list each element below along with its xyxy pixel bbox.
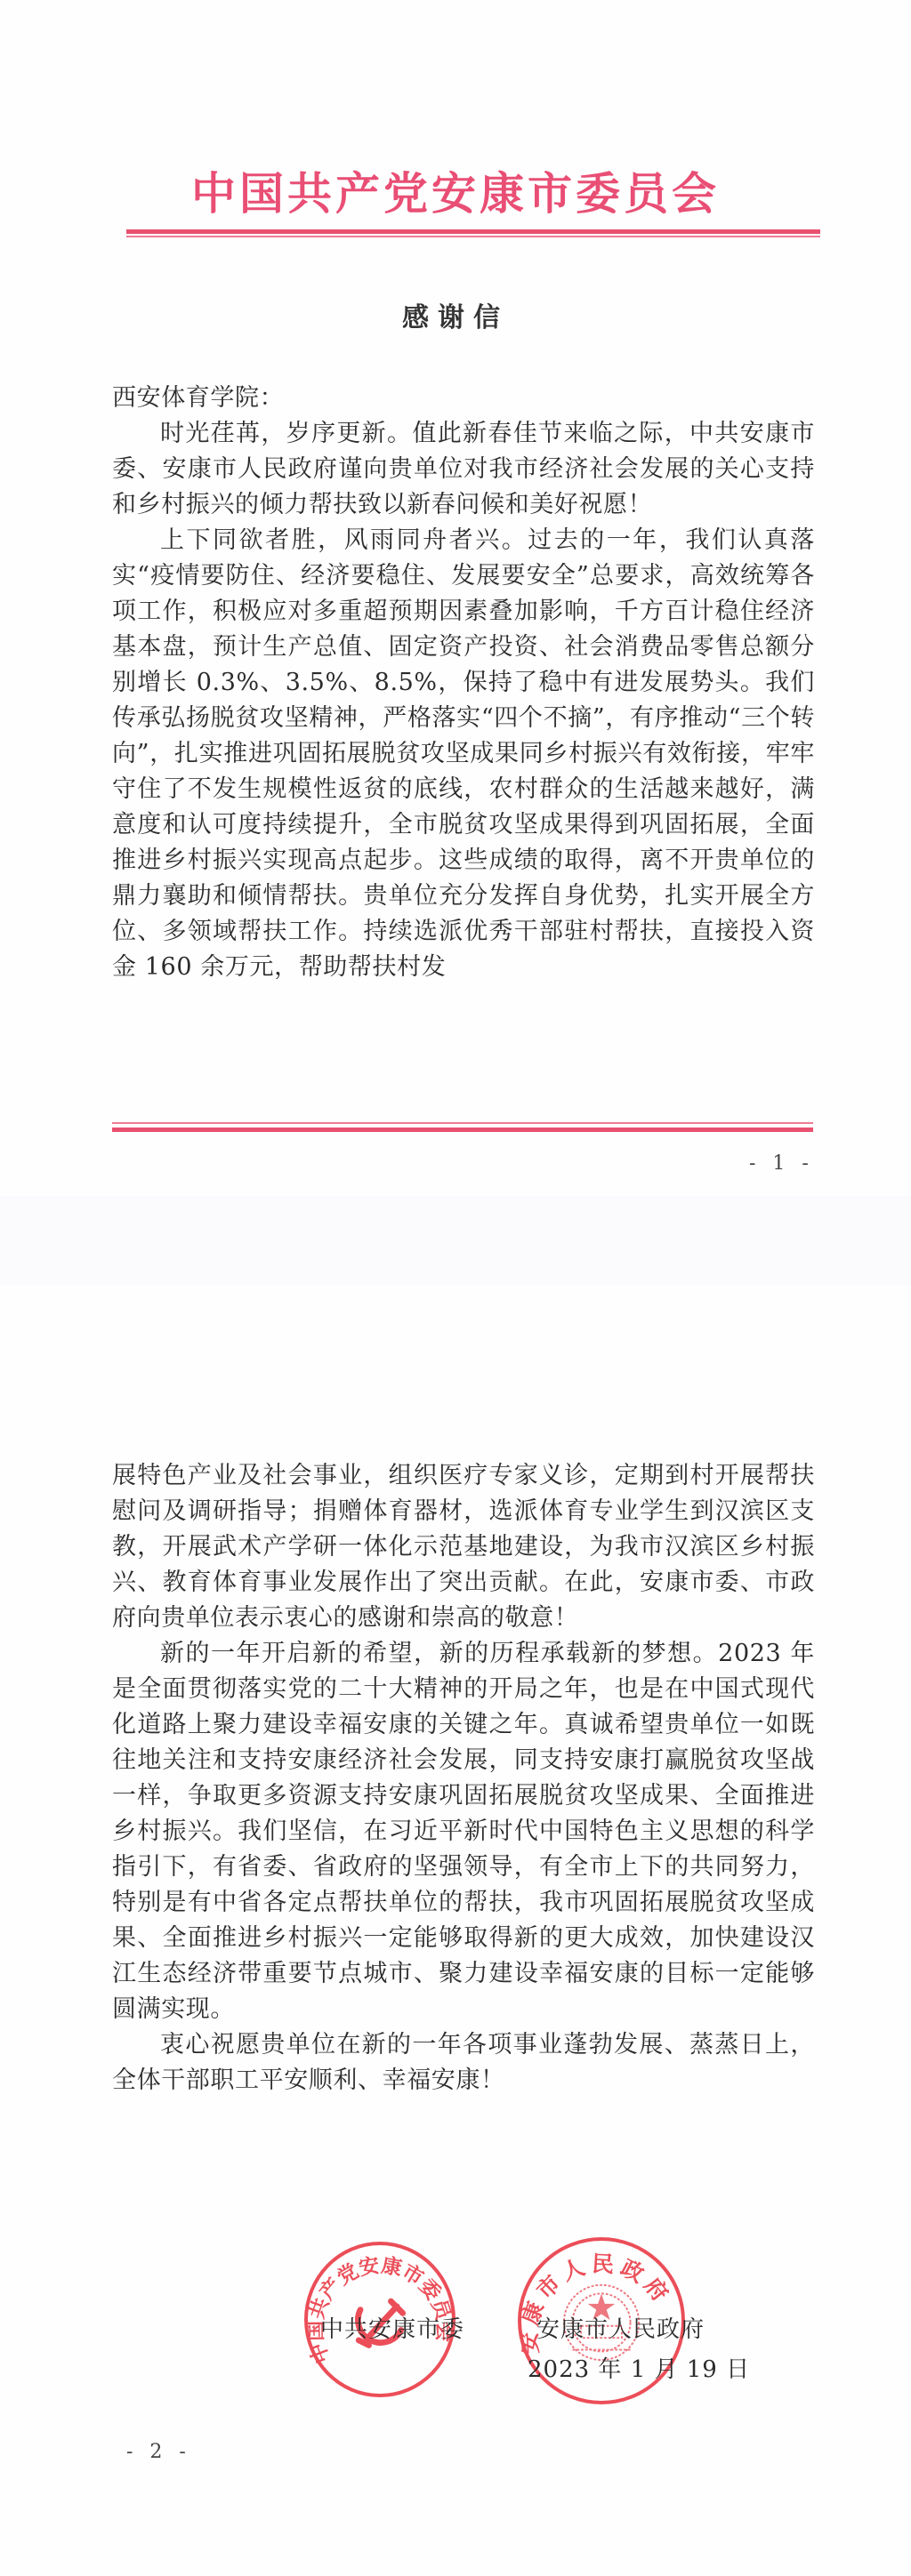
page-number: - 1 - [749, 1152, 814, 1175]
paragraph: 展特色产业及社会事业，组织医疗专家义诊，定期到村开展帮扶慰问及调研指导；捐赠体育… [112, 1458, 815, 1636]
signature-date: 2023 年 1 月 19 日 [528, 2351, 750, 2384]
letterhead-title: 中国共产党安康市委员会 [0, 167, 911, 221]
page-1-body: 西安体育学院： 时光荏苒，岁序更新。值此新春佳节来临之际，中共安康市委、安康市人… [112, 381, 815, 985]
paragraph: 上下同欲者胜，风雨同舟者兴。过去的一年，我们认真落实“疫情要防住、经济要稳住、发… [112, 523, 815, 985]
salutation: 西安体育学院： [112, 381, 815, 416]
page-2-body: 展特色产业及社会事业，组织医疗专家义诊，定期到村开展帮扶慰问及调研指导；捐赠体育… [112, 1458, 815, 2099]
page-number: - 2 - [126, 2441, 191, 2463]
letterhead-rule [126, 229, 820, 234]
page-gap [0, 1196, 911, 1285]
signature-government: 安康市人民政府 [536, 2311, 705, 2344]
paragraph: 衷心祝愿贵单位在新的一年各项事业蓬勃发展、蒸蒸日上，全体干部职工平安顺利、幸福安… [112, 2027, 815, 2099]
svg-text:中国共产党安康市委员会: 中国共产党安康市委员会 [308, 2253, 452, 2366]
paragraph: 时光荏苒，岁序更新。值此新春佳节来临之际，中共安康市委、安康市人民政府谨向贵单位… [112, 416, 815, 523]
signature-party: 中共安康市委 [320, 2311, 464, 2344]
page-1: 中国共产党安康市委员会 感谢信 西安体育学院： 时光荏苒，岁序更新。值此新春佳节… [0, 0, 911, 1196]
footer-rule [112, 1128, 813, 1132]
party-seal-text: 中国共产党安康市委员会 [308, 2253, 452, 2366]
paragraph: 新的一年开启新的希望，新的历程承载新的梦想。2023 年是全面贯彻落实党的二十大… [112, 1636, 815, 2027]
document-subtitle: 感谢信 [0, 295, 911, 334]
